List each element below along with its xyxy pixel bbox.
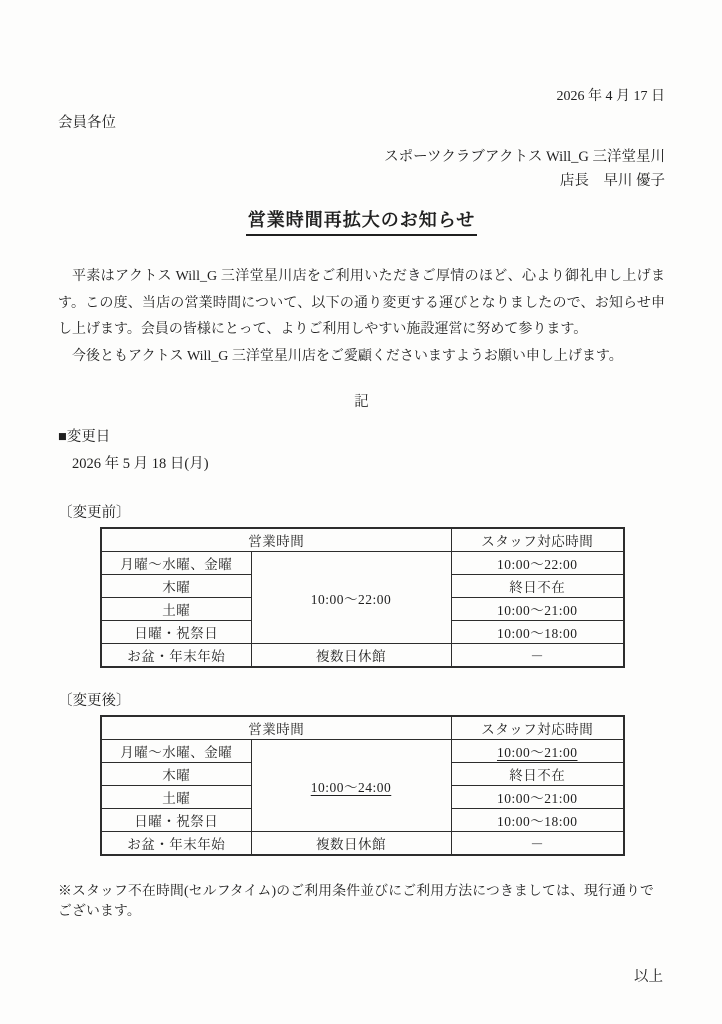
change-date-value: 2026 年 5 月 18 日(月): [58, 452, 665, 473]
recipient: 会員各位: [58, 114, 665, 132]
col-header-staff-hours: スタッフ対応時間: [451, 528, 624, 552]
staff-hours-cell: 10:00～18:00: [451, 621, 624, 644]
footnote: ※スタッフ不在時間(セルフタイム)のご利用条件並びにご利用方法につきましては、現…: [58, 879, 665, 919]
sender-organization: スポーツクラブアクトス Will_G 三洋堂星川: [58, 145, 665, 169]
record-mark: 記: [58, 390, 665, 411]
col-header-staff-hours: スタッフ対応時間: [451, 716, 624, 740]
staff-hours-cell: 10:00～18:00: [451, 809, 624, 832]
staff-hours-cell: 終日不在: [451, 575, 624, 598]
staff-hours-cell: 10:00～21:00: [451, 786, 624, 809]
day-cell: 木曜: [101, 575, 251, 598]
table-header-row: 営業時間 スタッフ対応時間: [101, 716, 624, 740]
section-label-before: 〔変更前〕: [58, 501, 665, 522]
business-hours-merged-cell: 10:00～24:00: [251, 740, 451, 832]
holiday-staff-cell: －: [451, 644, 624, 668]
day-cell: 木曜: [101, 763, 251, 786]
document-title: 営業時間再拡大のお知らせ: [246, 206, 477, 236]
col-header-business-hours: 営業時間: [101, 716, 451, 740]
day-cell: お盆・年末年始: [101, 832, 251, 856]
table-header-row: 営業時間 スタッフ対応時間: [101, 528, 624, 552]
document-date: 2026 年 4 月 17 日: [58, 88, 665, 106]
table-row: 月曜～水曜、金曜 10:00～22:00 10:00～22:00: [101, 552, 624, 575]
body-paragraph-1: 平素はアクトス Will_G 三洋堂星川店をご利用いただきご厚情のほど、心より御…: [58, 264, 665, 344]
staff-hours-cell: 終日不在: [451, 763, 624, 786]
hours-table-before: 営業時間 スタッフ対応時間 月曜～水曜、金曜 10:00～22:00 10:00…: [100, 527, 625, 668]
table-row: 月曜～水曜、金曜 10:00～24:00 10:00～21:00: [101, 740, 624, 763]
staff-hours-cell: 10:00～22:00: [451, 552, 624, 575]
closing-mark: 以上: [58, 965, 665, 986]
day-cell: 土曜: [101, 598, 251, 621]
business-hours-merged-cell: 10:00～22:00: [251, 552, 451, 644]
day-cell: 月曜～水曜、金曜: [101, 740, 251, 763]
hours-table-after: 営業時間 スタッフ対応時間 月曜～水曜、金曜 10:00～24:00 10:00…: [100, 715, 625, 856]
sender-person: 店長 早川 優子: [58, 169, 665, 193]
staff-hours-cell: 10:00～21:00: [451, 740, 624, 763]
change-date-heading: ■変更日: [58, 425, 665, 446]
table-row: お盆・年末年始 複数日休館 －: [101, 832, 624, 856]
holiday-hours-cell: 複数日休館: [251, 832, 451, 856]
day-cell: 日曜・祝祭日: [101, 621, 251, 644]
notice-document: 2026 年 4 月 17 日 会員各位 スポーツクラブアクトス Will_G …: [0, 0, 722, 1024]
day-cell: お盆・年末年始: [101, 644, 251, 668]
day-cell: 日曜・祝祭日: [101, 809, 251, 832]
body-text: 平素はアクトス Will_G 三洋堂星川店をご利用いただきご厚情のほど、心より御…: [58, 264, 665, 370]
sender-block: スポーツクラブアクトス Will_G 三洋堂星川 店長 早川 優子: [58, 145, 665, 193]
staff-hours-cell: 10:00～21:00: [451, 598, 624, 621]
holiday-hours-cell: 複数日休館: [251, 644, 451, 668]
table-row: お盆・年末年始 複数日休館 －: [101, 644, 624, 668]
body-paragraph-2: 今後ともアクトス Will_G 三洋堂星川店をご愛顧くださいますようお願い申し上…: [58, 344, 665, 371]
section-label-after: 〔変更後〕: [58, 689, 665, 710]
day-cell: 土曜: [101, 786, 251, 809]
holiday-staff-cell: －: [451, 832, 624, 856]
title-line: 営業時間再拡大のお知らせ: [58, 206, 665, 236]
col-header-business-hours: 営業時間: [101, 528, 451, 552]
day-cell: 月曜～水曜、金曜: [101, 552, 251, 575]
